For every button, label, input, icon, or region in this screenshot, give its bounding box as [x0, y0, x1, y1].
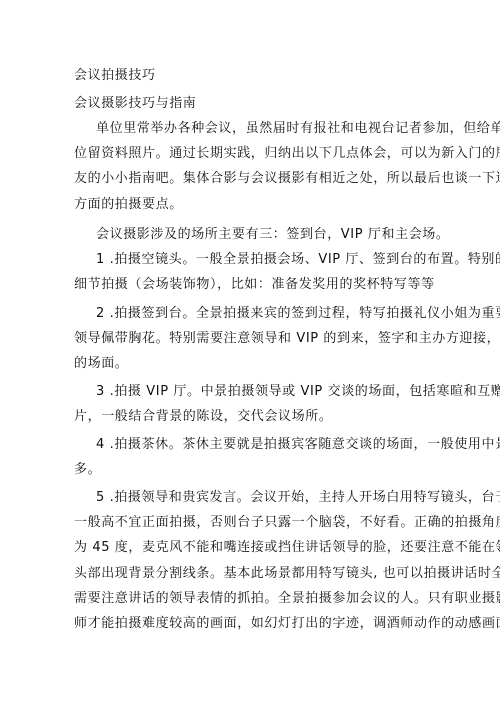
paragraph-line: 方面的拍摄要点。: [74, 197, 183, 213]
document-subtitle: 会议摄影技巧与指南: [74, 96, 196, 112]
list-item-line: 头部出现背景分割线条。基本此场景都用特写镜头, 也可以拍摄讲话时全景。: [74, 566, 500, 582]
paragraph-line: 会议摄影涉及的场所主要有三：签到台，VIP 厅和主会场。: [96, 227, 450, 243]
list-item-line: 为 45 度，麦克风不能和嘴连接或挡住讲话领导的脸，还要注意不能在领导: [74, 540, 500, 556]
list-item-line: 需要注意讲话的领导表情的抓拍。全景拍摄参加会议的人。只有职业摄影: [74, 591, 500, 607]
document-page: 会议拍摄技巧 会议摄影技巧与指南 单位里常举办各种会议，虽然届时有报社和电视台记…: [0, 0, 500, 707]
list-item-line: 的场面。: [74, 356, 128, 372]
paragraph-line: 单位里常举办各种会议，虽然届时有报社和电视台记者参加，但给单: [96, 121, 500, 137]
list-item-line: 领导佩带胸花。特别需要注意领导和 VIP 的到来，签字和主办方迎接，握手: [74, 331, 500, 347]
list-item-line: 片，一般结合背景的陈设，交代会议场所。: [74, 409, 332, 425]
list-item-line: 2 .拍摄签到台。全景拍摄来宾的签到过程，特写拍摄礼仪小姐为重要: [96, 306, 500, 322]
document-title: 会议拍摄技巧: [74, 68, 156, 84]
paragraph-line: 友的小小指南吧。集体合影与会议摄影有相近之处，所以最后也谈一下这: [74, 171, 500, 187]
list-item-line: 一般高不宜正面拍摄，否则台子只露一个脑袋，不好看。正确的拍摄角度: [74, 515, 500, 531]
list-item-line: 1 .拍摄空镜头。一般全景拍摄会场、VIP 厅、签到台的布置。特别的: [96, 252, 500, 268]
list-item-line: 5 .拍摄领导和贵宾发言。会议开始，主持人开场白用特写镜头，台子: [96, 490, 500, 506]
list-item-line: 师才能拍摄难度较高的画面，如幻灯打出的字迹，调酒师动作的动感画面，: [74, 616, 500, 632]
paragraph-line: 位留资料照片。通过长期实践，归纳出以下几点体会，可以为新入门的朋: [74, 146, 500, 162]
list-item-line: 4 .拍摄茶休。茶休主要就是拍摄宾客随意交谈的场面，一般使用中景: [96, 437, 500, 453]
list-item-line: 细节拍摄（会场装饰物），比如：准备发奖用的奖杯特写等等: [74, 277, 435, 293]
list-item-line: 3 .拍摄 VIP 厅。中景拍摄领导或 VIP 交谈的场面，包括寒暄和互赠名: [96, 384, 500, 400]
list-item-line: 多。: [74, 462, 101, 478]
